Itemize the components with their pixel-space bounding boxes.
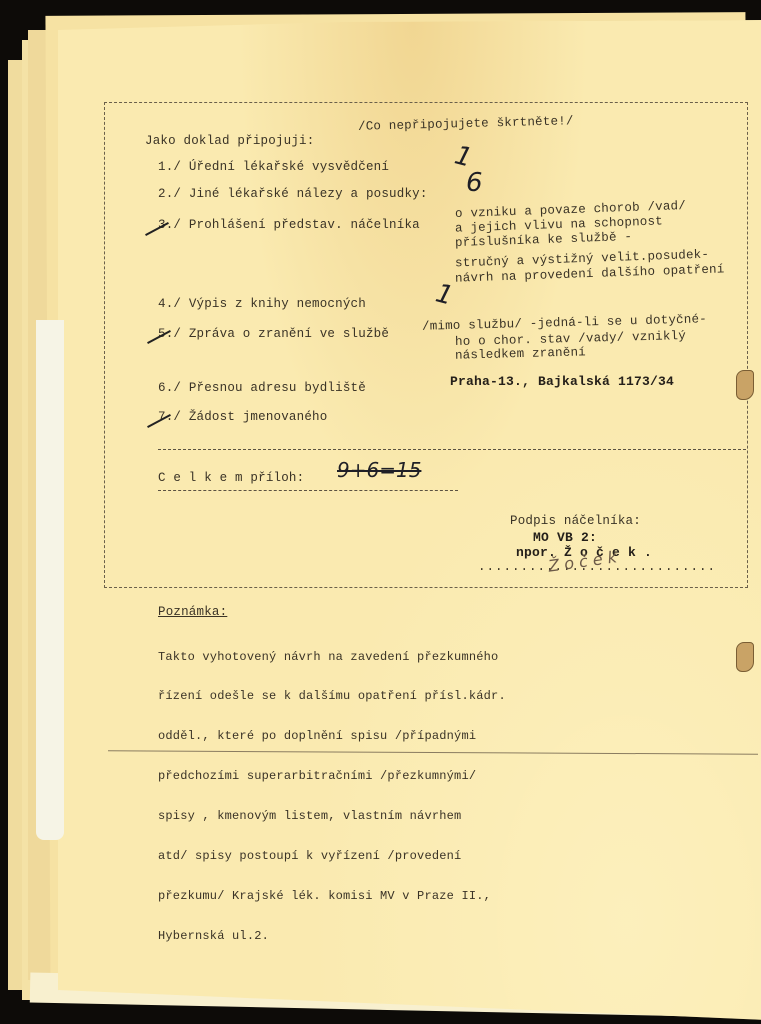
note-line: atd/ spisy postoupí k vyřízení /proveden… bbox=[158, 850, 506, 863]
item-3: 3./ Prohlášení představ. náčelníka bbox=[158, 218, 420, 232]
note-heading: Poznámka: bbox=[158, 605, 227, 619]
item-7: 7./ Žádost jmenovaného bbox=[158, 410, 327, 424]
item-2: 2./ Jiné lékařské nálezy a posudky: bbox=[158, 187, 428, 201]
item-number: 4./ bbox=[158, 297, 181, 311]
signature-label: Podpis náčelníka: bbox=[510, 514, 641, 528]
item-number: 2./ bbox=[158, 187, 181, 201]
divider-line bbox=[158, 449, 746, 450]
note-line: Takto vyhotovený návrh na zavedení přezk… bbox=[158, 651, 506, 664]
item-number: 1./ bbox=[158, 160, 181, 174]
note-line: přezkumu/ Krajské lék. komisi MV v Praze… bbox=[158, 890, 506, 903]
item-text: Žádost jmenovaného bbox=[189, 410, 328, 424]
binder-clip-icon bbox=[736, 370, 754, 400]
item-text: Úřední lékařské vysvědčení bbox=[189, 160, 389, 174]
attachments-heading: Jako doklad připojuji: bbox=[145, 134, 314, 148]
item-number: 6./ bbox=[158, 381, 181, 395]
attachments-form-box bbox=[104, 102, 748, 588]
note-line: řízení odešle se k dalšímu opatření přís… bbox=[158, 690, 506, 703]
item-number: 7./ bbox=[158, 410, 181, 424]
signature-unit: MO VB 2: bbox=[533, 530, 597, 545]
note-line: odděl., které po doplnění spisu /případn… bbox=[158, 730, 506, 743]
item-text: Prohlášení představ. náčelníka bbox=[189, 218, 420, 232]
item-1: 1./ Úřední lékařské vysvědčení bbox=[158, 160, 389, 174]
note-line: předchozími superarbitračními /přezkumný… bbox=[158, 770, 506, 783]
total-attachments-label: C e l k e m příloh: bbox=[158, 471, 304, 485]
binder-clip-icon bbox=[736, 642, 754, 672]
item-4: 4./ Výpis z knihy nemocných bbox=[158, 297, 366, 311]
note-line: Hybernská ul.2. bbox=[158, 930, 506, 943]
handwritten-count-2: 6 bbox=[466, 168, 483, 198]
item-text: Jiné lékařské nálezy a posudky: bbox=[189, 187, 428, 201]
white-insert-sheet bbox=[36, 320, 64, 840]
item-text: Zpráva o zranění ve službě bbox=[189, 327, 389, 341]
note-body: Takto vyhotovený návrh na zavedení přezk… bbox=[158, 624, 506, 956]
note-line: spisy , kmenovým listem, vlastním návrhe… bbox=[158, 810, 506, 823]
divider-line bbox=[158, 490, 458, 491]
residence-address: Praha-13., Bajkalská 1173/34 bbox=[450, 374, 674, 389]
total-attachments-handwritten: 9+6=15 bbox=[337, 458, 421, 482]
item-text: Přesnou adresu bydliště bbox=[189, 381, 366, 395]
item-6: 6./ Přesnou adresu bydliště bbox=[158, 381, 366, 395]
item-5: 5./ Zpráva o zranění ve službě bbox=[158, 327, 389, 341]
item-text: Výpis z knihy nemocných bbox=[189, 297, 366, 311]
